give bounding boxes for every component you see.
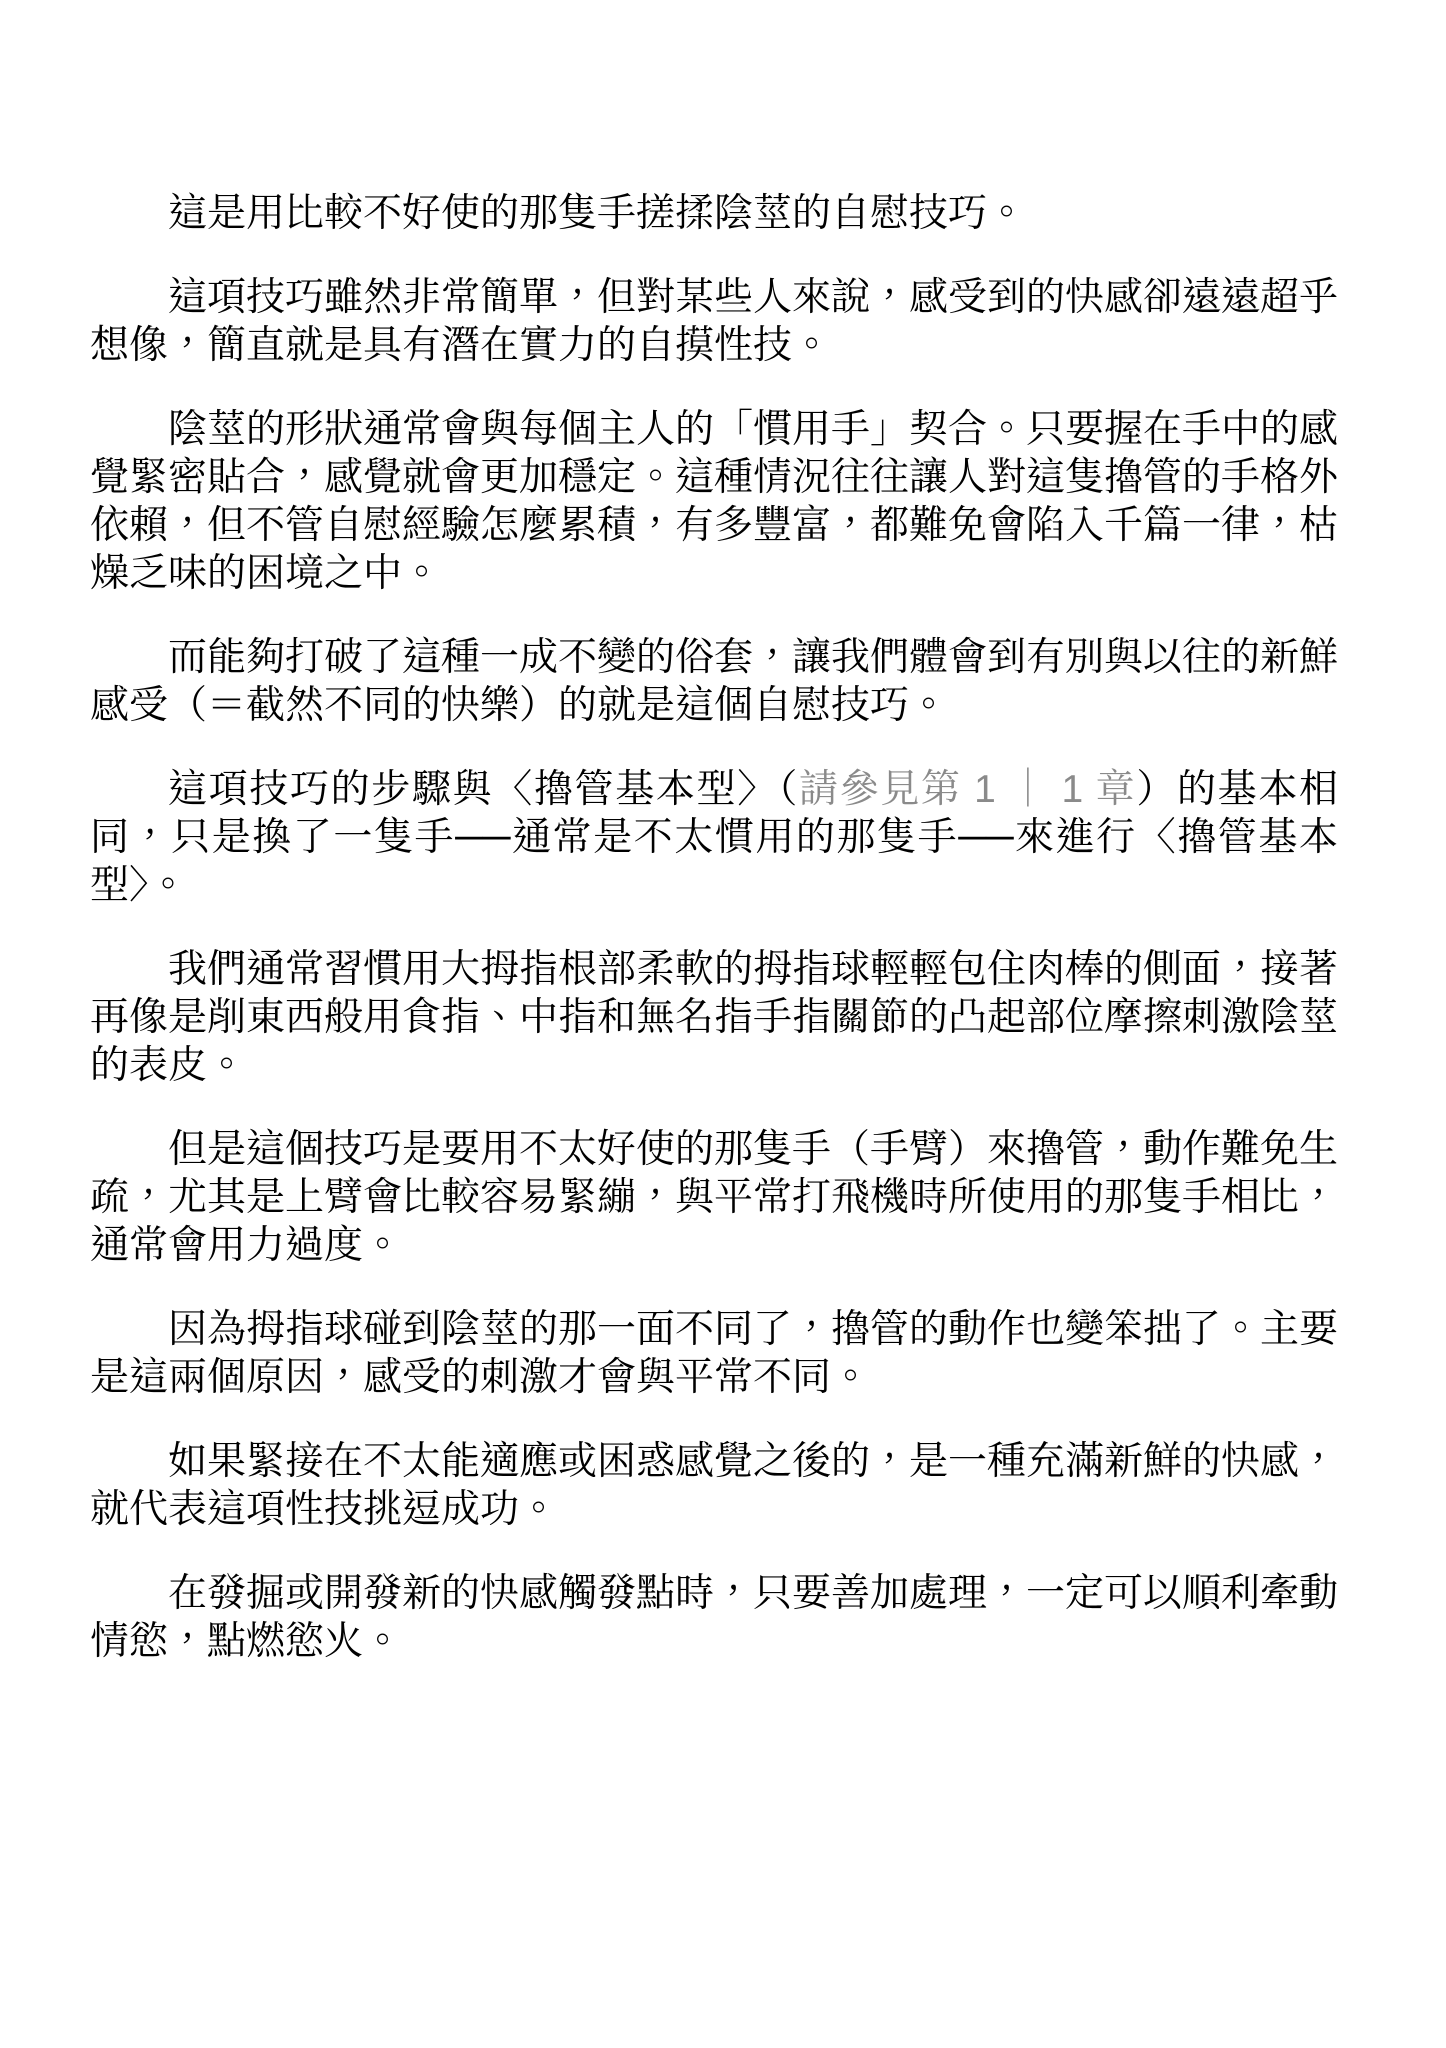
paragraph: 這項技巧雖然非常簡單，但對某些人來說，感受到的快感卻遠遠超乎想像，簡直就是具有潛… xyxy=(90,274,1338,370)
paragraph: 但是這個技巧是要用不太好使的那隻手（手臂）來擼管，動作難免生疏，尤其是上臂會比較… xyxy=(90,1126,1338,1270)
paragraph: 這項技巧的步驟與〈擼管基本型〉（請參見第 1 ｜ 1 章）的基本相同，只是換了一… xyxy=(90,766,1338,910)
paragraph: 因為拇指球碰到陰莖的那一面不同了，擼管的動作也變笨拙了。主要是這兩個原因，感受的… xyxy=(90,1306,1338,1402)
paragraph: 我們通常習慣用大拇指根部柔軟的拇指球輕輕包住肉棒的側面，接著再像是削東西般用食指… xyxy=(90,946,1338,1090)
paragraph: 這是用比較不好使的那隻手搓揉陰莖的自慰技巧。 xyxy=(90,190,1338,238)
paragraph-text: 這項技巧的步驟與〈擼管基本型〉（ xyxy=(168,768,799,811)
document-page: 這是用比較不好使的那隻手搓揉陰莖的自慰技巧。 這項技巧雖然非常簡單，但對某些人來… xyxy=(0,0,1446,1666)
paragraph: 在發掘或開發新的快感觸發點時，只要善加處理，一定可以順利牽動情慾，點燃慾火。 xyxy=(90,1570,1338,1666)
chapter-reference-link[interactable]: 請參見第 1 ｜ 1 章 xyxy=(799,768,1136,811)
paragraph: 如果緊接在不太能適應或困惑感覺之後的，是一種充滿新鮮的快感，就代表這項性技挑逗成… xyxy=(90,1438,1338,1534)
paragraph: 而能夠打破了這種一成不變的俗套，讓我們體會到有別與以往的新鮮感受（＝截然不同的快… xyxy=(90,634,1338,730)
paragraph: 陰莖的形狀通常會與每個主人的「慣用手」契合。只要握在手中的感覺緊密貼合，感覺就會… xyxy=(90,406,1338,598)
